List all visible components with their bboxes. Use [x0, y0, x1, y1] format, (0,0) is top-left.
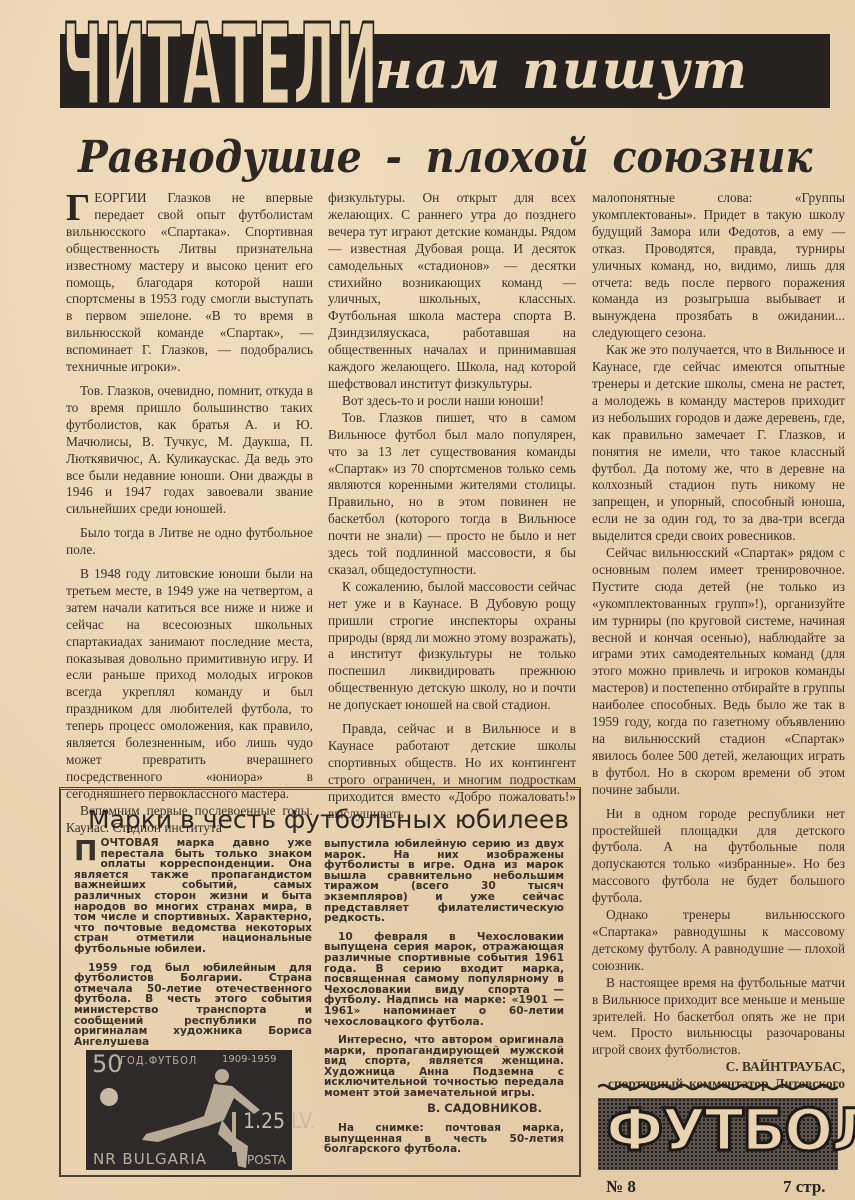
stamp-years: 1909-1959 — [222, 1054, 277, 1065]
article-paragraph: Тов. Глазков, очевидно, помнит, откуда в… — [66, 383, 313, 518]
issue-number: № 8 — [606, 1177, 636, 1197]
dropcap: Г — [66, 193, 90, 223]
futbol-logo: ФУТБОЛ — [606, 1090, 836, 1170]
masthead-title: ЧИТАТЕЛИ — [62, 8, 379, 124]
article-column-3: малопонятные слова: «Группы укомплектова… — [592, 190, 845, 1127]
stamp-posta: POSTA — [247, 1153, 286, 1167]
masthead-subtitle: нам пишут — [375, 38, 815, 104]
stamps-paragraph: ПОЧТОВАЯ марка давно уже перестала быть … — [74, 838, 312, 955]
article-paragraph: малопонятные слова: «Группы укомплектова… — [592, 190, 845, 342]
article-paragraph: Вот здесь-то и росли наши юноши! — [328, 393, 576, 410]
ball-icon — [100, 1088, 118, 1106]
paragraph-text: ЕОРГИИ Глазков не впервые передает свой … — [66, 190, 313, 374]
article-paragraph: Однако тренеры вильнюсского «Спартака» р… — [592, 907, 845, 975]
article-column-1: ГЕОРГИИ Глазков не впервые передает свой… — [66, 190, 313, 837]
article-paragraph: В 1948 году литовские юноши были на трет… — [66, 566, 313, 803]
article-paragraph: Как же это получается, что в Вильнюсе и … — [592, 342, 845, 545]
author-signature: С. ВАЙНТРАУБАС, — [592, 1059, 845, 1076]
stamp-top-text: ГОД.ФУТБОЛ — [120, 1054, 197, 1067]
article-paragraph: В настоящее время на футбольные матчи в … — [592, 975, 845, 1060]
stamp-number: 50 — [92, 1050, 123, 1078]
stamps-article-title: Марки в честь футбольных юбилеев — [88, 800, 568, 840]
article-headline: Равнодушие - плохой союзник — [78, 128, 838, 188]
stamps-paragraph: 1959 год был юбилейным для футболистов Б… — [74, 963, 312, 1048]
stamp-country: NR BULGARIA — [93, 1150, 207, 1168]
article-paragraph: Тов. Глазков пишет, что в самом Вильнюсе… — [328, 410, 576, 579]
article-paragraph: Ни в одном городе республики нет простей… — [592, 806, 845, 907]
article-column-2: физкультуры. Он открыт для всех желающих… — [328, 190, 576, 823]
stamps-author-signature: В. САДОВНИКОВ. — [324, 1103, 564, 1114]
stamps-paragraph: 10 февраля в Чехословакии выпущена серия… — [324, 932, 564, 1027]
photo-caption: На снимке: почтовая марка, выпущенная в … — [324, 1123, 564, 1155]
masthead-big-wrap: ЧИТАТЕЛИ — [62, 8, 372, 124]
article-paragraph: К сожалению, былой массовости сейчас нет… — [328, 579, 576, 714]
article-paragraph: физкультуры. Он открыт для всех желающих… — [328, 190, 576, 393]
article-paragraph: ГЕОРГИИ Глазков не впервые передает свой… — [66, 190, 313, 376]
article-paragraph: Было тогда в Литве не одно футбольное по… — [66, 525, 313, 559]
stamp-value: 1.25 LV. — [243, 1109, 315, 1133]
article-paragraph: Сейчас вильнюсский «Спартак» рядом с осн… — [592, 545, 845, 799]
stamps-paragraph: выпустила юбилейную серию из двух марок.… — [324, 839, 564, 924]
stamps-column-1: ПОЧТОВАЯ марка давно уже перестала быть … — [74, 838, 312, 1047]
paragraph-text: ОЧТОВАЯ марка давно уже перестала быть т… — [74, 837, 312, 955]
stamps-paragraph: Интересно, что автором оригинала марки, … — [324, 1035, 564, 1099]
page-number: 7 стр. — [783, 1177, 826, 1197]
stamps-column-2: выпустила юбилейную серию из двух марок.… — [324, 839, 564, 1155]
dropcap: П — [74, 840, 97, 862]
